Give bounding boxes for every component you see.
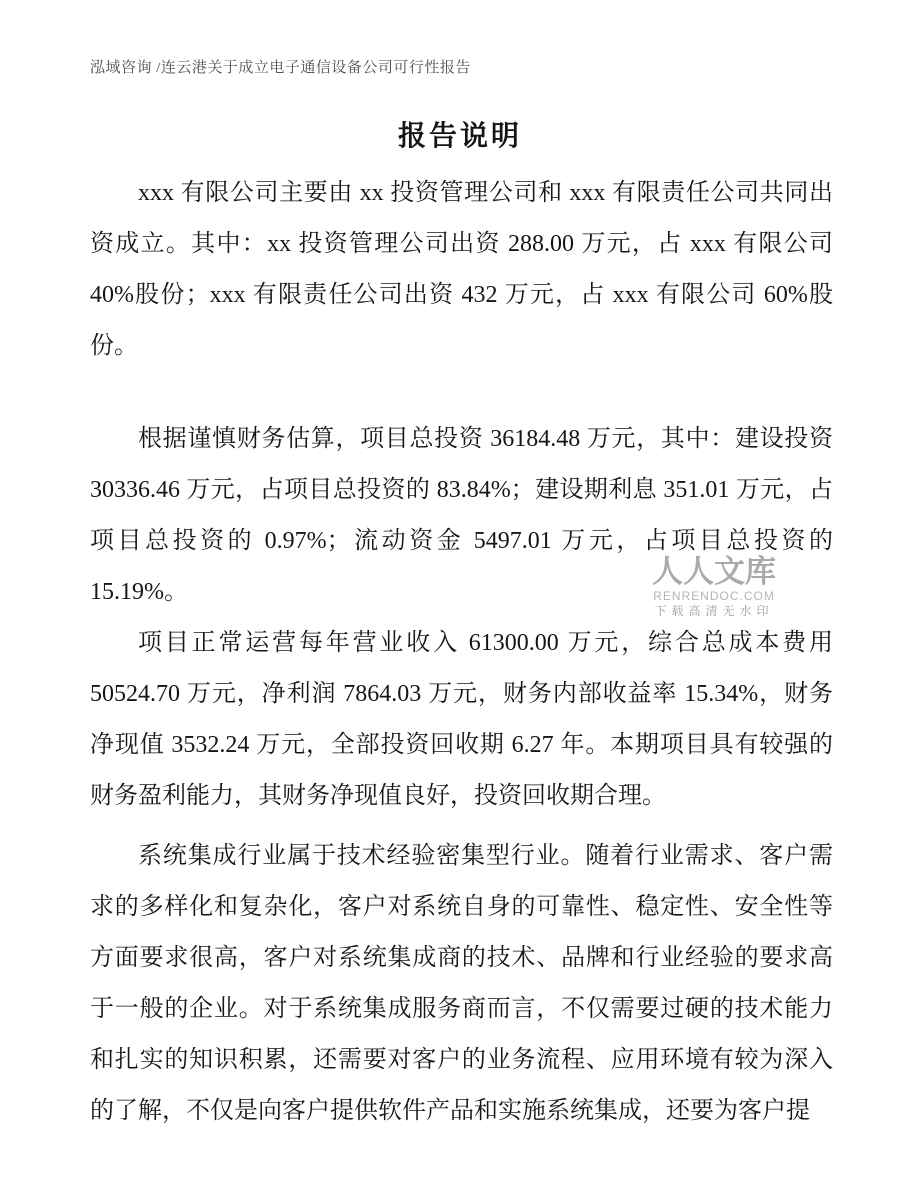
document-page: 泓域咨询 /连云港关于成立电子通信设备公司可行性报告 报告说明 xxx 有限公司… [0,0,920,1191]
paragraph-company-investors: xxx 有限公司主要由 xx 投资管理公司和 xxx 有限责任公司共同出资成立。… [90,168,833,372]
paragraph-total-investment: 根据谨慎财务估算，项目总投资 36184.48 万元，其中：建设投资 30336… [90,414,833,618]
page-header: 泓域咨询 /连云港关于成立电子通信设备公司可行性报告 [90,56,471,77]
paragraph-operating-financials: 项目正常运营每年营业收入 61300.00 万元，综合总成本费用 50524.7… [90,618,833,822]
report-body: xxx 有限公司主要由 xx 投资管理公司和 xxx 有限责任公司共同出资成立。… [90,168,833,1137]
page-title: 报告说明 [0,114,920,154]
paragraph-industry-overview: 系统集成行业属于技术经验密集型行业。随着行业需求、客户需求的多样化和复杂化，客户… [90,831,833,1137]
